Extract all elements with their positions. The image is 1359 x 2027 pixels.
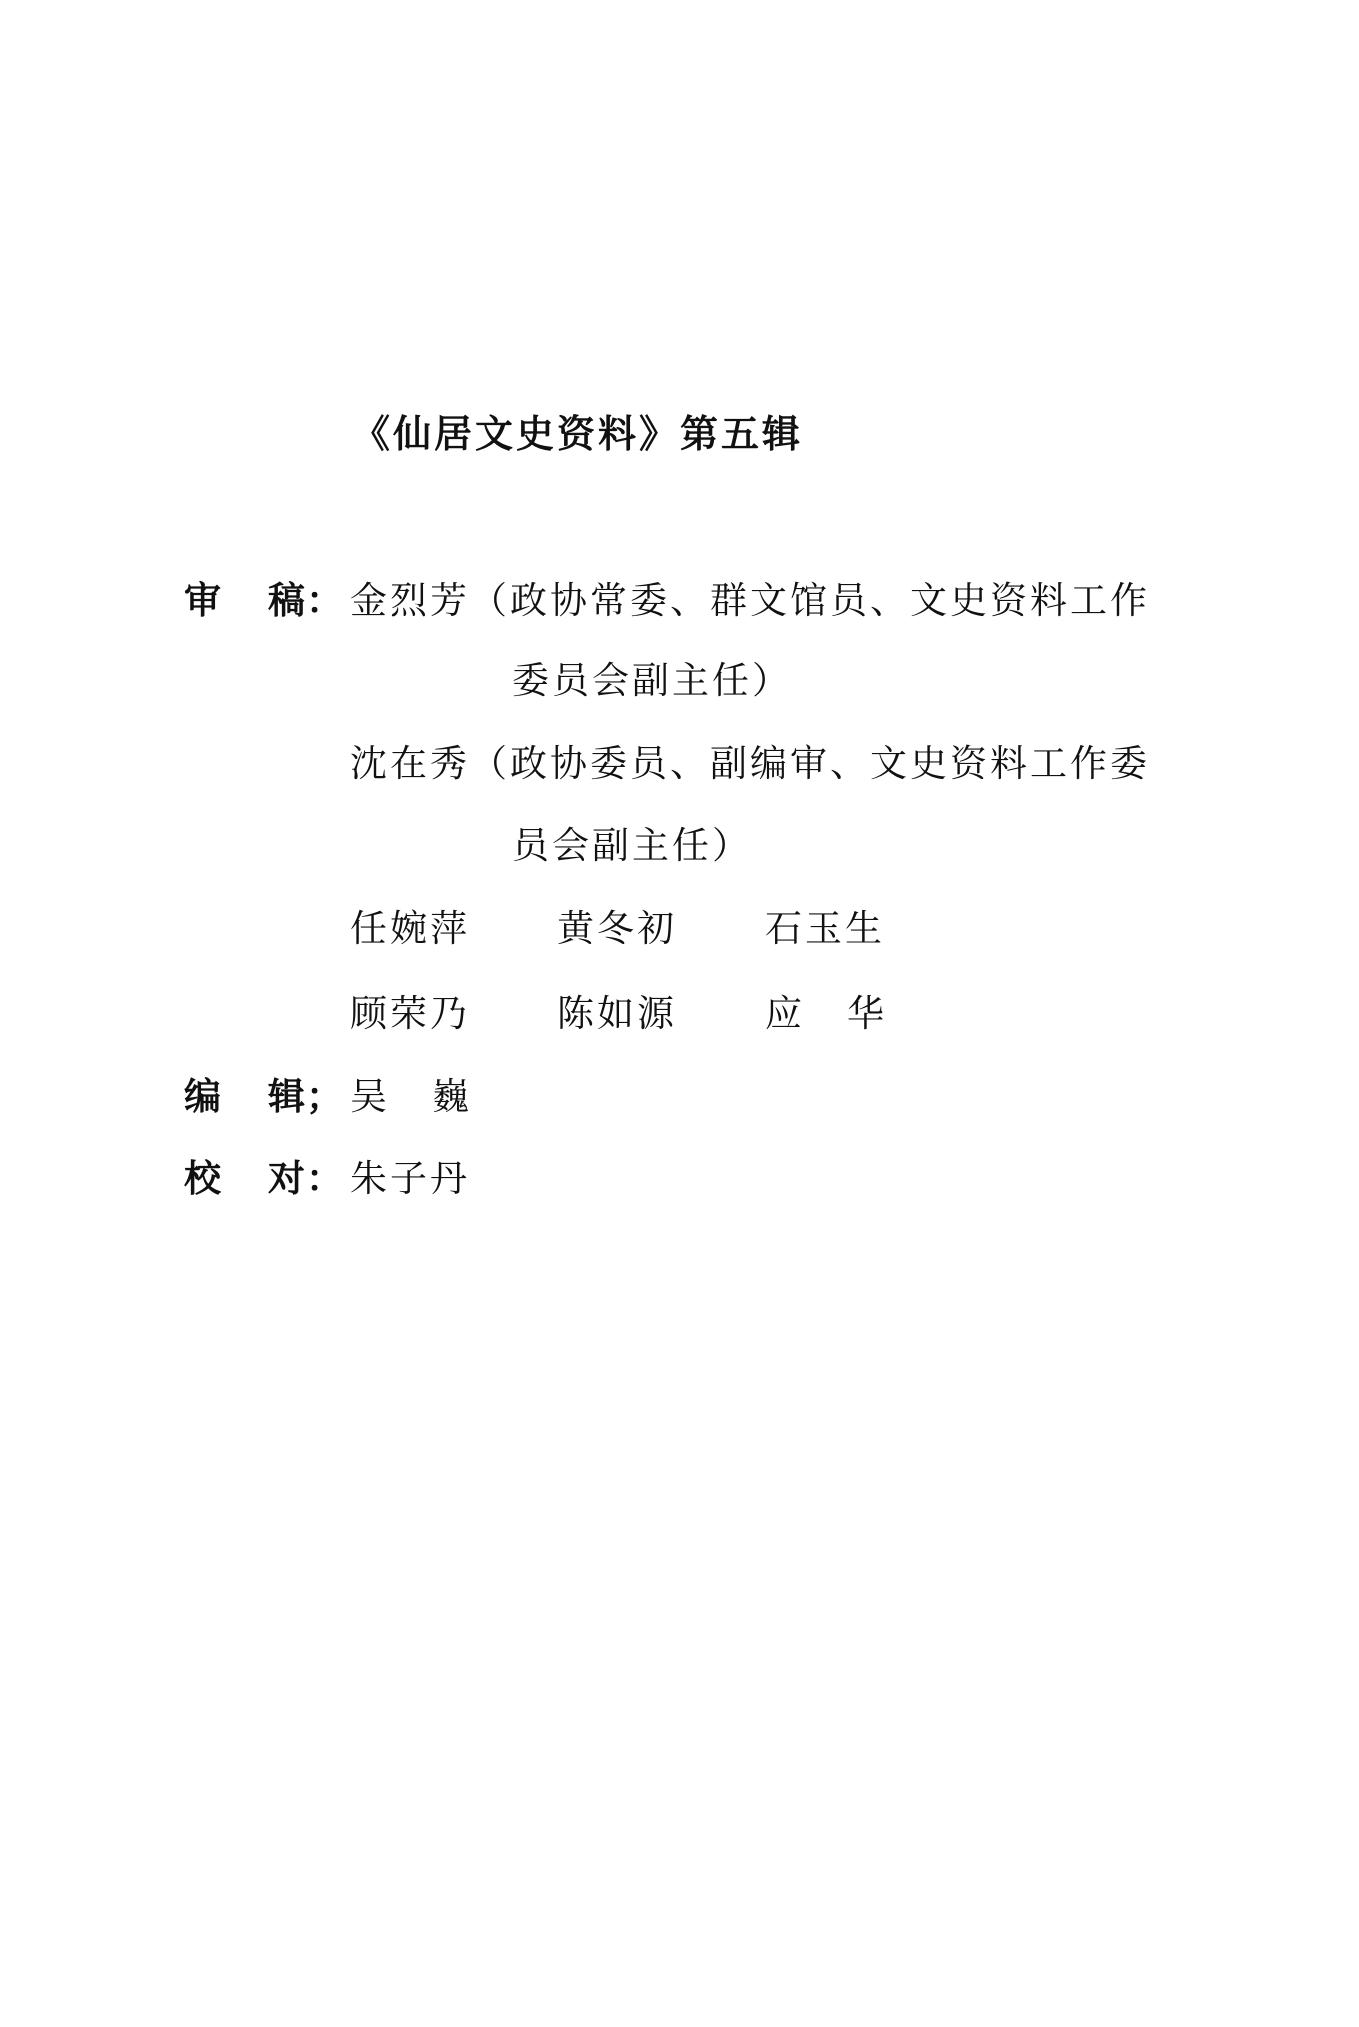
reviewer-name: 陈如源 bbox=[557, 991, 677, 1037]
reviewer-2-line-2: 员会副主任） bbox=[512, 823, 752, 869]
editor-label-colon: ； bbox=[306, 1074, 343, 1120]
proofreader-label-char-2: 对 bbox=[268, 1156, 305, 1202]
review-label-char-1: 审 bbox=[184, 578, 221, 624]
reviewer-name: 应 华 bbox=[765, 991, 889, 1037]
proofreader-label-colon: ： bbox=[306, 1156, 343, 1202]
proofreader-label-char-1: 校 bbox=[184, 1156, 221, 1202]
reviewer-name-char-2: 华 bbox=[847, 991, 887, 1037]
reviewer-name: 石玉生 bbox=[765, 906, 885, 952]
review-label-char-2: 稿 bbox=[268, 578, 305, 624]
review-label-colon: ： bbox=[306, 578, 343, 624]
reviewer-name: 任婉萍 bbox=[350, 906, 470, 952]
editor-label-char-1: 编 bbox=[184, 1074, 221, 1120]
reviewer-name: 黄冬初 bbox=[557, 906, 677, 952]
reviewer-1-line-1: 金烈芳（政协常委、群文馆员、文史资料工作 bbox=[350, 578, 1150, 624]
reviewer-name: 顾荣乃 bbox=[350, 991, 470, 1037]
editor-name-char-2: 巍 bbox=[432, 1074, 472, 1120]
proofreader-name: 朱子丹 bbox=[350, 1156, 470, 1202]
editor-label-char-2: 辑 bbox=[268, 1074, 305, 1120]
reviewer-2-line-1: 沈在秀（政协委员、副编审、文史资料工作委 bbox=[350, 741, 1150, 787]
publication-title: 《仙居文史资料》第五辑 bbox=[352, 410, 803, 458]
editor-name-char-1: 吴 bbox=[350, 1074, 390, 1120]
editor-name: 吴 巍 bbox=[350, 1074, 474, 1120]
reviewer-1-line-2: 委员会副主任） bbox=[512, 658, 792, 704]
reviewer-name-char-1: 应 bbox=[765, 991, 805, 1037]
document-page: 《仙居文史资料》第五辑 审 稿 ： 金烈芳（政协常委、群文馆员、文史资料工作 委… bbox=[0, 0, 1359, 2027]
